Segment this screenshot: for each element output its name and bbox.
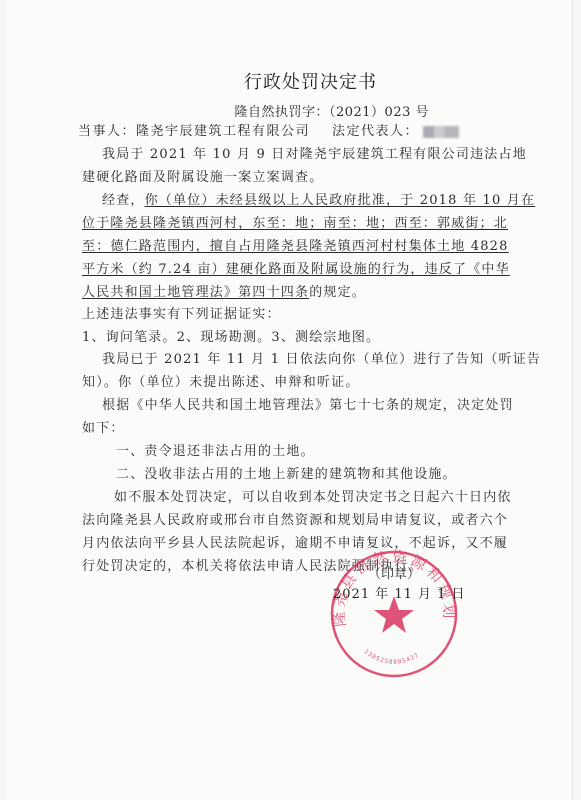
text-line: 人民共和国土地管理法》第四十四条的规定。: [82, 285, 366, 301]
seal-note: （印章）: [368, 563, 420, 582]
underlined-line: 位于隆尧县隆尧镇西河村，东至：地；南至：地；西至：郭威街；北: [82, 216, 508, 232]
underlined-line: 至：德仁路范围内，擅自占用隆尧县隆尧镇西河村村集体土地 4828: [82, 239, 509, 255]
text-line: 我局于 2021 年 10 月 9 日对隆尧宇辰建筑工程有限公司违法占地: [102, 147, 527, 163]
legal-rep-redacted: [423, 126, 459, 138]
underlined-text: 人民共和国土地管理法》第四十四条: [82, 285, 309, 300]
evidence-intro: 上述违法事实有下列证据证实：: [82, 307, 281, 323]
document-date: 2021 年 11 月 1 日: [333, 583, 466, 602]
text-line: 我局已于 2021 年 11 月 1 日依法向你（单位）进行了告知（听证告: [102, 352, 541, 368]
party-line: 当事人：隆尧宇辰建筑工程有限公司法定代表人：: [78, 124, 459, 140]
text-line: 如下：: [82, 421, 125, 437]
text-line: 建硬化路面及附属设施一案立案调查。: [82, 170, 323, 186]
svg-text:1305258805427: 1305258805427: [363, 648, 421, 666]
evidence-list: 1、询问笔录。2、现场勘测。3、测绘宗地图。: [82, 330, 380, 346]
party-label: 当事人：: [78, 124, 136, 139]
text-line: 知）。你（单位）未提出陈述、申辩和听证。: [82, 375, 360, 391]
underlined-text: 你（单位）未经县级以上人民政府批准，于 2018 年 10 月在: [145, 193, 536, 208]
party-name: 隆尧宇辰建筑工程有限公司: [136, 124, 310, 139]
text-span: 的规定。: [309, 285, 366, 300]
text-line: 经查，你（单位）未经县级以上人民政府批准，于 2018 年 10 月在: [102, 193, 535, 209]
text-line: 法向隆尧县人民政府或邢台市自然资源和规划局申请复议，或者六个: [82, 513, 508, 529]
text-line: 如不服本处罚决定，可以自收到本处罚决定书之日起六十日内依: [114, 490, 512, 506]
document-number: 隆自然执罚字：（2021）023 号: [234, 101, 429, 120]
penalty-item-2: 二、没收非法占用的土地上新建的建筑物和其他设施。: [116, 467, 457, 483]
text-span: 经查，: [102, 193, 145, 208]
penalty-item-1: 一、责令退还非法占用的土地。: [116, 444, 315, 460]
legal-rep-label: 法定代表人：: [332, 124, 419, 139]
document-title: 行政处罚决定书: [0, 68, 581, 94]
underlined-line: 平方米（约 7.24 亩）建硬化路面及附属设施的行为，违反了《中华: [82, 262, 510, 278]
text-line: 根据《中华人民共和国土地管理法》第七十七条的规定，决定处罚: [102, 398, 514, 414]
